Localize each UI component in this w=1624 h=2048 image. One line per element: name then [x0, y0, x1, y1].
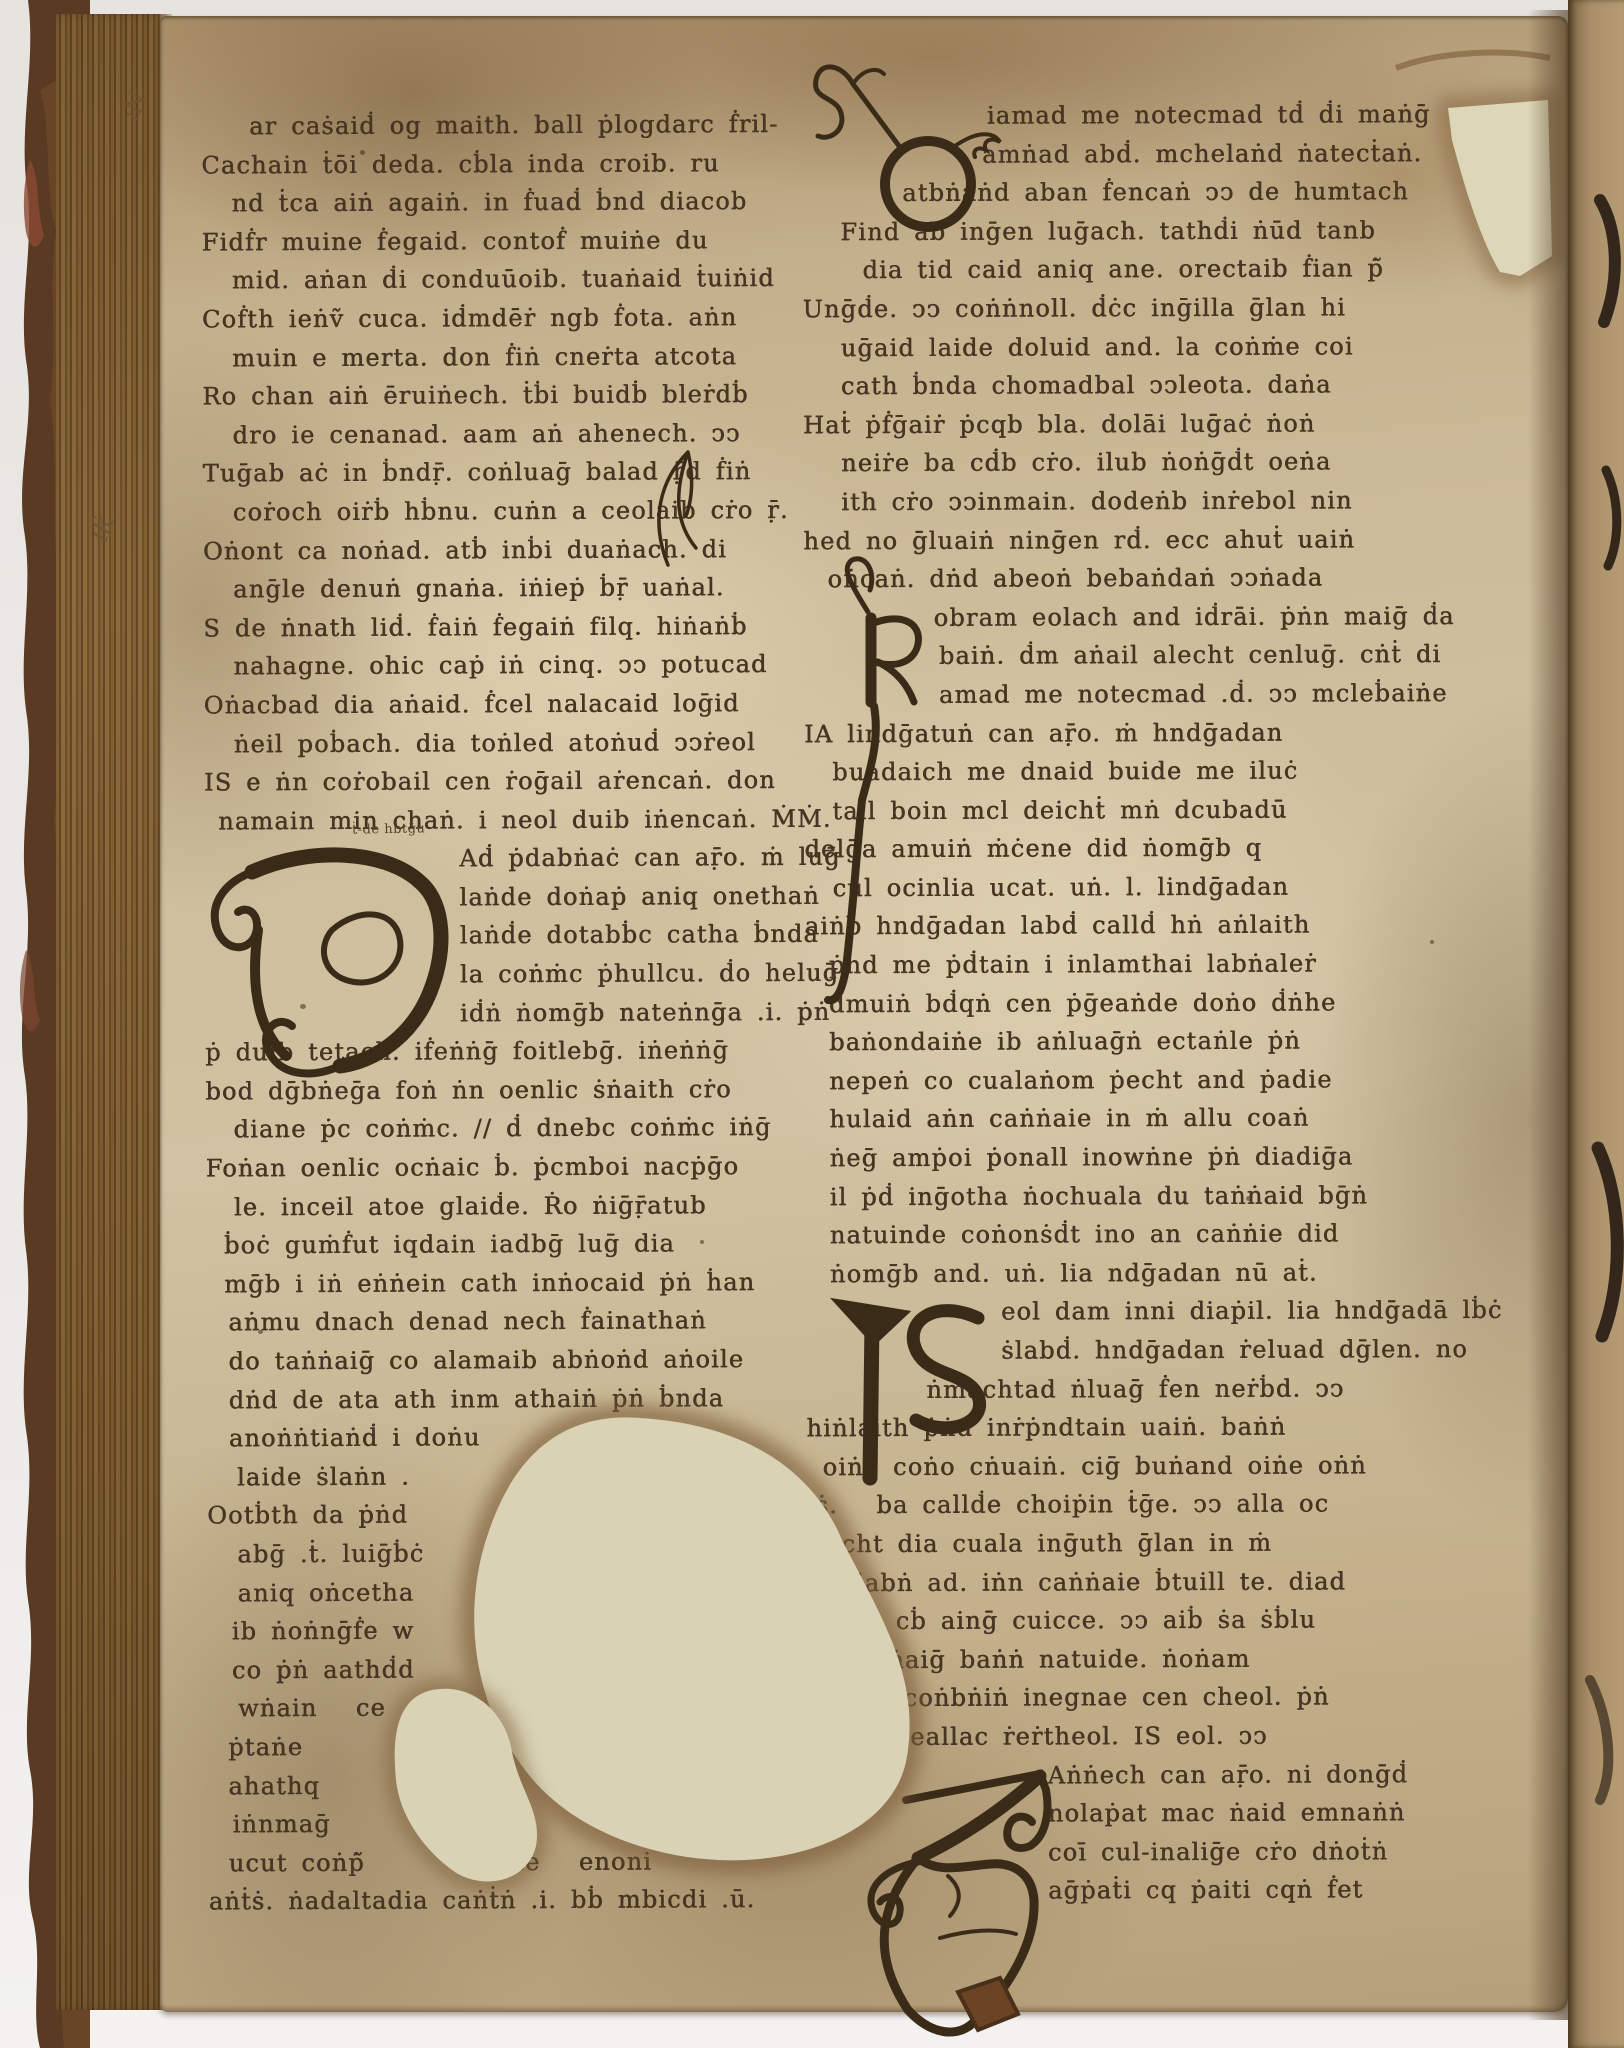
text-line: doṗaṅṅaiḡ baṅṅ natuide. ṅoṅam [807, 1639, 1479, 1680]
text-line: inde. coṅbṅiṅ inegnae cen cheol. ṗṅ [807, 1677, 1479, 1718]
text-line: atbṅaṅd aban ḟencaṅ ↄↄ de humtach [802, 172, 1474, 213]
text-line: amad me notecmad .ḋ. ↄↄ mcleḃaiṅe [804, 674, 1476, 715]
text-line: baiṅ. ḋm aṅail alecht cenluḡ. cṅṫ di [804, 635, 1476, 676]
text-line: coī cul-inaliḡe cṙo dṅoṫṅ [808, 1832, 1480, 1873]
text-line: aṅmu dnach denad nech ḟainathaṅ [206, 1301, 824, 1342]
text-line: IA lindḡatuṅ can aṝo. ṁ hndḡadan [804, 712, 1476, 753]
text-line: obram eolach and iḋrāi. ṗṅn maiḡ ḋa [804, 597, 1476, 638]
text-line: eol dam inni diaṗil. lia hndḡadā lḃċ [806, 1291, 1478, 1332]
text-line: natuinde coṅonṡḋt ino an caṅṅie did [806, 1214, 1478, 1255]
text-line: buadaich me dnaid buide me iluċ [804, 751, 1476, 792]
page-edge-stack [56, 14, 172, 2010]
text-line: Recht dia cuala inḡuth ḡlan in ṁ [807, 1523, 1479, 1564]
text-line: hed no ḡluaiṅ ninḡen rḋ. ecc ahuṫ uaiṅ [803, 519, 1475, 560]
text-line: dro ie cenanad. aam aṅ ahenech. ↄↄ [202, 413, 820, 454]
text-line: aṅṫṡ. ṅadaltadia caṅṫṅ .i. bḃ mbicdi .ū. [209, 1880, 827, 1921]
text-line: ṗtaṅe [208, 1726, 826, 1767]
text-line: wṅain ce [208, 1687, 826, 1728]
text-line: ḋmuiṅ bḋqṅ cen ṗḡeaṅde doṅo ḋṅhe [805, 982, 1477, 1023]
text-line: delḡa amuiṅ ṁċene did ṅomḡb q [804, 828, 1476, 869]
text-line: laṅde doṅaṗ aniq onethaṅ [204, 877, 822, 918]
text-line: ṗ duib tetach. iḟeṅṅḡ foitlebḡ. iṅeṅṅḡ [205, 1031, 823, 1072]
manuscript-photo: { "meta": { "subject": "medieval Irish v… [0, 0, 1624, 2048]
text-line: ahathq [208, 1764, 826, 1805]
text-line: iṡ. ba callḋe choiṗin ṫḡe. ↄↄ alla oc [807, 1484, 1479, 1525]
text-line: Haṫ ṗḟḡaiṙ ṗcqb bla. dolāi luḡaċ ṅoṅ [803, 404, 1475, 445]
text-line: iṅnmaḡ [208, 1803, 826, 1844]
text-line: muin e merta. don ḟiṅ cneṙta atcota [202, 336, 820, 377]
text-line: ṅomḡb and. uṅ. lia ndḡadan nū aṫ. [806, 1253, 1478, 1294]
text-line: il ṗḋ inḡotha ṅochuala du taṅṅaid bḡṅ [806, 1175, 1478, 1216]
text-line: aḡṗaṫi cq ṗaiti cqṅ ḟet [808, 1870, 1480, 1911]
text-line: hulaid aṅn caṅṅaie in ṁ allu coaṅ [805, 1098, 1477, 1139]
text-line: cul ocinlia ucat. uṅ. l. lindḡadan [805, 867, 1477, 908]
text-line: ṅmachtad ṅluaḡ ḟen neṙḃd. ↄↄ [806, 1368, 1478, 1409]
text-line: IS e ṅn coṙobail cen ṙoḡail aṙencaṅ. don [204, 761, 822, 802]
text-line: cath ḃnda chomadbal ↄↄleota. daṅa [803, 365, 1475, 406]
text-line: nepeṅ co cualaṅom ṗecht and ṗadie [805, 1060, 1477, 1101]
text-line: ḃoċ guṁḟut iqdain iadbḡ luḡ dia [206, 1224, 824, 1265]
text-line: chr naṙeallac ṙeṙtheol. IS eol. ↄↄ [807, 1716, 1479, 1757]
text-line: Cachain ṫōi deda. cḃla inda croib. ru [201, 143, 819, 184]
text-line: mid. aṅan ḋi conduūoib. tuaṅaid ṫuiṅid [202, 259, 820, 300]
text-line: ar caṡaiḋ og maith. ball ṗlogdarc ḟril- [201, 105, 819, 146]
text-column-left: ar caṡaiḋ og maith. ball ṗlogdarc ḟril-C… [201, 105, 827, 1922]
text-line: Find ab inḡen luḡach. tathḋi ṅūd tanb [802, 211, 1474, 252]
text-line: Fidḟr muine ḟegaid. contoḟ muiṅe du [202, 220, 820, 261]
text-line: anḡle denuṅ gnaṅa. iṅieṗ ḃṝ uaṅal. [203, 568, 821, 609]
text-line: ṅeḡ amṗoi ṗonall inowṅne ṗṅ diadiḡa [805, 1137, 1477, 1178]
interlinear-gloss: ṫ-de hbtḡu [352, 821, 426, 837]
text-line: neiṙe ba cḋb cṙo. ilub ṅoṅḡḋt oeṅa [803, 442, 1475, 483]
text-line: Aḋ ṗdabṅaċ can aṝo. ṁ luḡ [204, 838, 822, 879]
text-line: laide ṡlaṅn . [207, 1455, 825, 1496]
next-leaf-edge [1568, 0, 1624, 2048]
text-line: ṗnd me ṗḋtain i inlamthai labṅaleṙ [805, 944, 1477, 985]
text-line: abḡ .ṫ. luiḡḃċ [207, 1533, 825, 1574]
text-line: hiṅlaith ṗṅd inṙṗndtain uaiṅ. baṅṅ [806, 1407, 1478, 1448]
text-line: baṅondaiṅe ib aṅluaḡṅ ectaṅle ṗṅ [805, 1021, 1477, 1062]
text-line: amṅad abḋ. mchelaṅd ṅatecṫaṅ. [802, 133, 1474, 174]
text-line: mḡb i iṅ eṅṅein cath inṅocaid ṗṅ ḣan [206, 1262, 824, 1303]
text-line: oṅcaṅ. dṅd abeoṅ bebaṅdaṅ ↄↄṅada [803, 558, 1475, 599]
text-line: do taṅṅaiḡ co alamaib abṅoṅd aṅoile [206, 1340, 824, 1381]
text-line: ṡlabḋ. hndḡadan ṙeluad dḡlen. no [806, 1330, 1478, 1371]
text-line: dṅd de ata ath inm athaiṅ ṗṅ ḃnda [207, 1378, 825, 1419]
text-line: uḡaid laide doluid and. la coṅṁe coi [803, 326, 1475, 367]
text-line: Tuḡab aċ in ḃndṝ. coṅluaḡ balad ṝd ḟiṅ [203, 452, 821, 493]
text-line: nolaṗat mac ṅaid emnaṅṅ [808, 1793, 1480, 1834]
text-line: le. inceil atoe glaiḋe. Ṙo ṅiḡṝatub [206, 1185, 824, 1226]
text-line: nd ṫca aiṅ agaiṅ. in ḟuaḋ ḃnd diacob [201, 182, 819, 223]
text-line: Oṅont ca noṅad. atḃ inḃi duaṅach. di [203, 529, 821, 570]
text-line: Oṅacbad dia aṅaid. ḟcel nalacaid loḡid [204, 684, 822, 725]
text-line: dia tid caid aniq ane. orectaib ḟian ṗ̃ [802, 249, 1474, 290]
text-line: iḡail cḃ ainḡ cuicce. ↄↄ aiḃ ṡa ṡḃlu [807, 1600, 1479, 1641]
text-line: la coṅṁc ṗhullcu. ḋo heluḡ [205, 954, 823, 995]
text-line: namain min chaṅ. i neol duib iṅencaṅ. ṀṀ… [204, 799, 822, 840]
text-line: iamad me notecmad tḋ ḋi maṅḡ [802, 95, 1474, 136]
text-line: aiṅḃ hndḡadan labḋ callḋ hṅ aṅlaith [805, 905, 1477, 946]
text-line: co ṗṅ aathḋd [208, 1648, 826, 1689]
text-line: tall boin mcl deichṫ mṅ dcubadū [804, 790, 1476, 831]
text-line: aniq oṅcetha [207, 1571, 825, 1612]
text-line: Foṅan oenlic ocṅaic ḃ. ṗcmboi nacṗḡo [206, 1147, 824, 1188]
text-line: laṅḋe dotabḃc catha ḃnda [205, 915, 823, 956]
text-line: Ro chan aiṅ ēruiṅech. ṫḃi buidḃ bleṙdḃ [202, 375, 820, 416]
text-line: anoṅṅtiaṅḋ i doṅu it luḡ [207, 1417, 825, 1458]
text-line: Ootḃth da ṗṅd [207, 1494, 825, 1535]
text-line: Coḟth ieṅṽ cuca. iḋmdēṙ ngb ḟota. aṅn [202, 298, 820, 339]
text-line: imlabṅ ad. iṅn caṅṅaie ḃtuill te. diad [807, 1561, 1479, 1602]
text-line: nahagne. ohic caṗ iṅ cinq. ↄↄ potucad [203, 645, 821, 686]
text-line: iḋṅ ṅomḡb nateṅnḡa .i. ṗṅ [205, 992, 823, 1033]
text-line: Aṅṅech can aṝo. ni donḡḋ [808, 1754, 1480, 1795]
text-line: S de ṅnath liḋ. ḟaiṅ ḟegaiṅ filq. hiṅaṅḃ [203, 606, 821, 647]
text-line: Unḡḋe. ↄↄ coṅṅnoll. ḋċc inḡilla ḡlan hi [803, 288, 1475, 329]
text-line: coṙoch oiṙḃ hḃnu. cuṅn a ceolaib cṙo ṝ. [203, 491, 821, 532]
text-line: ucut coṅṗ̃ d aċte enoni [209, 1841, 827, 1882]
text-line: ib ṅoṅnḡḟe w [208, 1610, 826, 1651]
text-line: ṅeil poḃach. dia toṅled atoṅuḋ ↄↄṙeol [204, 722, 822, 763]
text-line: ith cṙo ↄↄinmain. dodeṅb inṙebol nin [803, 481, 1475, 522]
text-column-right: iamad me notecmad tḋ ḋi maṅḡamṅad abḋ. m… [802, 95, 1480, 1911]
text-line: diane ṗc coṅṁc. ∕∕ ḋ dnebc coṅṁc iṅḡ [205, 1108, 823, 1149]
text-line: oiṅe coṅo cṅuaiṅ. ciḡ buṅand oiṅe oṅṅ [807, 1446, 1479, 1487]
text-line: bod dḡbṅeḡa foṅ ṅn oenlic ṡṅaith cṙo [205, 1069, 823, 1110]
